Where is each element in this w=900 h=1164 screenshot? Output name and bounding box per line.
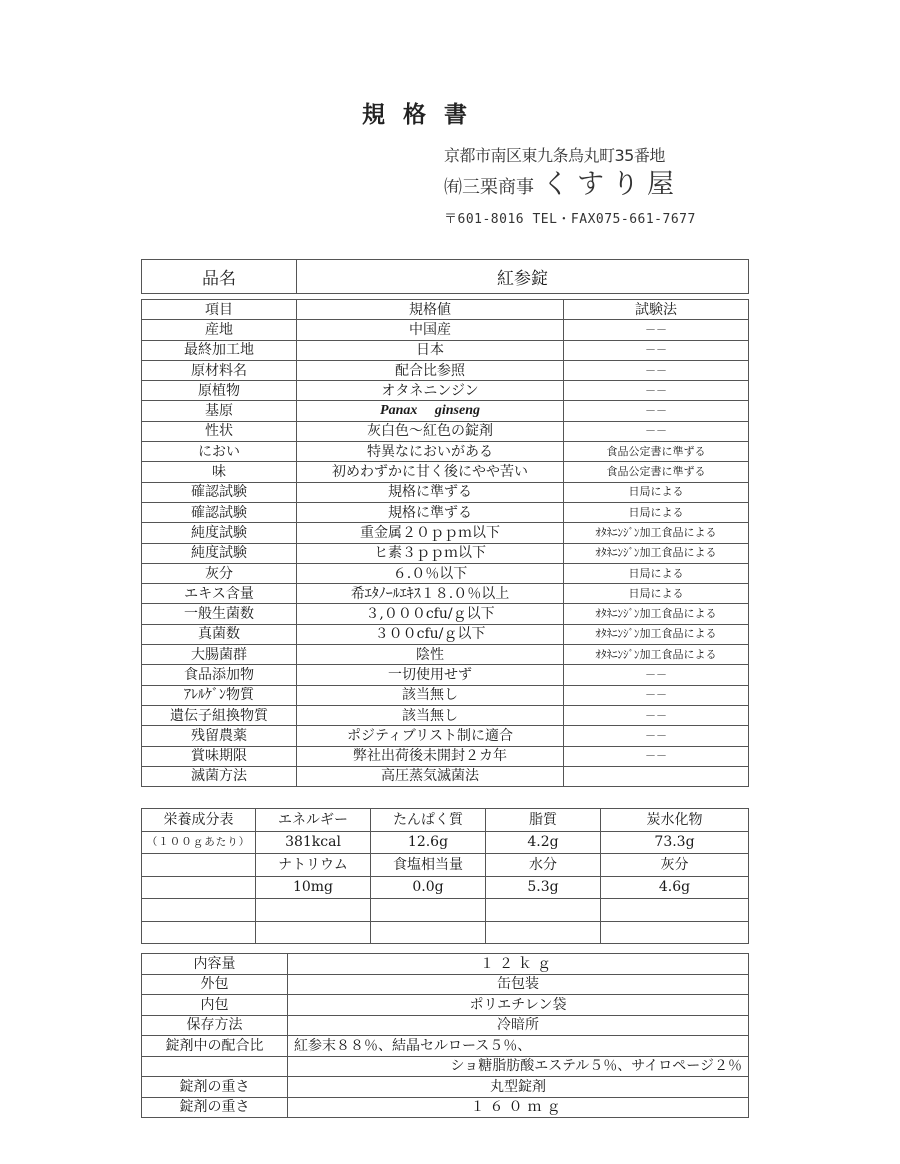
spec-item: 基原 bbox=[142, 401, 297, 421]
product-name-table: 品名 紅参錠 bbox=[141, 259, 749, 294]
spec-item: 確認試験 bbox=[142, 502, 297, 522]
spec-method: 日局による bbox=[564, 502, 749, 522]
spec-method: ｵﾀﾈﾆﾝｼﾞﾝ加工食品による bbox=[564, 523, 749, 543]
spec-item: 最終加工地 bbox=[142, 340, 297, 360]
product-name-row: 品名 紅参錠 bbox=[142, 260, 749, 294]
composition-line-1: 紅参末８８％、結晶セルロース５％、 bbox=[288, 1036, 749, 1057]
table-row: 保存方法冷暗所 bbox=[142, 1015, 749, 1036]
table-row: 大腸菌群陰性ｵﾀﾈﾆﾝｼﾞﾝ加工食品による bbox=[142, 645, 749, 665]
table-row: 性状灰白色～紅色の錠剤－－ bbox=[142, 421, 749, 441]
empty-cell bbox=[142, 921, 256, 944]
spec-value: 一切使用せず bbox=[297, 665, 564, 685]
spec-item: 確認試験 bbox=[142, 482, 297, 502]
product-label: 品名 bbox=[142, 260, 297, 294]
nutrition-value: 5.3g bbox=[486, 876, 601, 899]
empty-cell bbox=[486, 921, 601, 944]
spec-item: 真菌数 bbox=[142, 624, 297, 644]
spec-item: 原材料名 bbox=[142, 360, 297, 380]
pack-label: 錠剤の重さ bbox=[142, 1077, 288, 1098]
table-row: 産地中国産－－ bbox=[142, 320, 749, 340]
nutrition-value: 10mg bbox=[256, 876, 371, 899]
spec-value: Panax ginseng bbox=[297, 401, 564, 421]
table-row: エキス含量希ｴﾀﾉｰﾙｴｷｽ１８.０％以上日局による bbox=[142, 584, 749, 604]
composition-row: 錠剤中の配合比紅参末８８％、結晶セルロース５％、 bbox=[142, 1036, 749, 1057]
table-row: 食品添加物一切使用せず－－ bbox=[142, 665, 749, 685]
spec-item: エキス含量 bbox=[142, 584, 297, 604]
spec-value: 希ｴﾀﾉｰﾙｴｷｽ１８.０％以上 bbox=[297, 584, 564, 604]
spec-method: 日局による bbox=[564, 584, 749, 604]
spec-item: 大腸菌群 bbox=[142, 645, 297, 665]
table-row: 賞味期限弊社出荷後未開封２カ年－－ bbox=[142, 746, 749, 766]
spec-method: －－ bbox=[564, 340, 749, 360]
spec-value: オタネニンジン bbox=[297, 381, 564, 401]
spec-header-value: 規格値 bbox=[297, 300, 564, 320]
spec-method: ｵﾀﾈﾆﾝｼﾞﾝ加工食品による bbox=[564, 645, 749, 665]
company-brand: くすり屋 bbox=[542, 169, 682, 200]
nutrition-value-row-1: （１００ｇあたり） 381kcal 12.6g 4.2g 73.3g bbox=[142, 831, 749, 854]
spec-item: 性状 bbox=[142, 421, 297, 441]
table-row: 確認試験規格に準ずる日局による bbox=[142, 482, 749, 502]
product-value: 紅参錠 bbox=[297, 260, 749, 294]
spec-value: 初めわずかに甘く後にやや苦い bbox=[297, 462, 564, 482]
pack-value: １２ｋｇ bbox=[288, 954, 749, 975]
spec-value: ６.０％以下 bbox=[297, 563, 564, 583]
pack-value: 缶包装 bbox=[288, 974, 749, 995]
spec-method: －－ bbox=[564, 685, 749, 705]
spec-value: ３,０００cfu/ｇ以下 bbox=[297, 604, 564, 624]
table-row: 原植物オタネニンジン－－ bbox=[142, 381, 749, 401]
spec-value: 規格に準ずる bbox=[297, 482, 564, 502]
spec-item: 原植物 bbox=[142, 381, 297, 401]
composition-label: 錠剤中の配合比 bbox=[142, 1036, 288, 1057]
table-row: 外包缶包装 bbox=[142, 974, 749, 995]
pack-label: 内容量 bbox=[142, 954, 288, 975]
spec-item: 一般生菌数 bbox=[142, 604, 297, 624]
nutrition-value: 4.6g bbox=[601, 876, 749, 899]
spec-item: 滅菌方法 bbox=[142, 766, 297, 786]
nutrition-header: 脂質 bbox=[486, 809, 601, 832]
empty-cell bbox=[142, 1056, 288, 1077]
spec-method: 食品公定書に準ずる bbox=[564, 462, 749, 482]
spec-value: 灰白色～紅色の錠剤 bbox=[297, 421, 564, 441]
spec-value: 特異なにおいがある bbox=[297, 442, 564, 462]
nutrition-empty-row bbox=[142, 899, 749, 922]
spec-method: ｵﾀﾈﾆﾝｼﾞﾝ加工食品による bbox=[564, 543, 749, 563]
spec-header-row: 項目 規格値 試験法 bbox=[142, 300, 749, 320]
table-row: 純度試験ヒ素３ｐｐｍ以下ｵﾀﾈﾆﾝｼﾞﾝ加工食品による bbox=[142, 543, 749, 563]
pack-value: 冷暗所 bbox=[288, 1015, 749, 1036]
table-row: 基原Panax ginseng－－ bbox=[142, 401, 749, 421]
nutrition-value: 73.3g bbox=[601, 831, 749, 854]
table-row: 一般生菌数３,０００cfu/ｇ以下ｵﾀﾈﾆﾝｼﾞﾝ加工食品による bbox=[142, 604, 749, 624]
table-row: 確認試験規格に準ずる日局による bbox=[142, 502, 749, 522]
nutrition-value: 381kcal bbox=[256, 831, 371, 854]
empty-cell bbox=[371, 921, 486, 944]
spec-method: －－ bbox=[564, 421, 749, 441]
spec-item: 遺伝子組換物質 bbox=[142, 705, 297, 725]
nutrition-label: 栄養成分表 bbox=[142, 809, 256, 832]
table-row: 原材料名配合比参照－－ bbox=[142, 360, 749, 380]
nutrition-value: 0.0g bbox=[371, 876, 486, 899]
table-row: 残留農薬ポジティブリスト制に適合－－ bbox=[142, 726, 749, 746]
nutrition-basis: （１００ｇあたり） bbox=[142, 831, 256, 854]
table-row: におい特異なにおいがある食品公定書に準ずる bbox=[142, 442, 749, 462]
document-title: 規格書 bbox=[362, 96, 485, 129]
spec-item: 賞味期限 bbox=[142, 746, 297, 766]
spec-value: 該当無し bbox=[297, 685, 564, 705]
spec-method: ｵﾀﾈﾆﾝｼﾞﾝ加工食品による bbox=[564, 624, 749, 644]
empty-cell bbox=[601, 899, 749, 922]
spec-item: におい bbox=[142, 442, 297, 462]
empty-cell bbox=[142, 854, 256, 877]
spec-method: －－ bbox=[564, 746, 749, 766]
pack-value: ポリエチレン袋 bbox=[288, 995, 749, 1016]
spec-table: 項目 規格値 試験法 産地中国産－－ 最終加工地日本－－ 原材料名配合比参照－－… bbox=[141, 299, 749, 787]
nutrition-empty-row bbox=[142, 921, 749, 944]
spec-value: ヒ素３ｐｐｍ以下 bbox=[297, 543, 564, 563]
table-row: 錠剤の重さ１６０ｍｇ bbox=[142, 1097, 749, 1118]
nutrition-header: ナトリウム bbox=[256, 854, 371, 877]
spec-method: －－ bbox=[564, 381, 749, 401]
empty-cell bbox=[486, 899, 601, 922]
spec-method: 日局による bbox=[564, 482, 749, 502]
table-row: 灰分６.０％以下日局による bbox=[142, 563, 749, 583]
table-row: 純度試験重金属２０ｐｐｍ以下ｵﾀﾈﾆﾝｼﾞﾝ加工食品による bbox=[142, 523, 749, 543]
spec-value: 配合比参照 bbox=[297, 360, 564, 380]
spec-method bbox=[564, 766, 749, 786]
spec-item: 産地 bbox=[142, 320, 297, 340]
spec-method: －－ bbox=[564, 665, 749, 685]
pack-value: １６０ｍｇ bbox=[288, 1097, 749, 1118]
nutrition-header: たんぱく質 bbox=[371, 809, 486, 832]
pack-label: 外包 bbox=[142, 974, 288, 995]
table-row: 最終加工地日本－－ bbox=[142, 340, 749, 360]
nutrition-header: エネルギー bbox=[256, 809, 371, 832]
packaging-table: 内容量１２ｋｇ 外包缶包装 内包ポリエチレン袋 保存方法冷暗所 錠剤中の配合比紅… bbox=[141, 953, 749, 1118]
empty-cell bbox=[601, 921, 749, 944]
spec-item: ｱﾚﾙｹﾞﾝ物質 bbox=[142, 685, 297, 705]
nutrition-header-row-2: ナトリウム 食塩相当量 水分 灰分 bbox=[142, 854, 749, 877]
nutrition-header: 灰分 bbox=[601, 854, 749, 877]
nutrition-header: 水分 bbox=[486, 854, 601, 877]
spec-method: －－ bbox=[564, 401, 749, 421]
spec-method: 日局による bbox=[564, 563, 749, 583]
company-address: 京都市南区東九条烏丸町35番地 bbox=[444, 144, 744, 168]
spec-method: 食品公定書に準ずる bbox=[564, 442, 749, 462]
spec-method: －－ bbox=[564, 320, 749, 340]
empty-cell bbox=[256, 899, 371, 922]
spec-value: ３００cfu/ｇ以下 bbox=[297, 624, 564, 644]
spec-item: 純度試験 bbox=[142, 543, 297, 563]
spec-value: 弊社出荷後未開封２カ年 bbox=[297, 746, 564, 766]
spec-value: 高圧蒸気滅菌法 bbox=[297, 766, 564, 786]
spec-value: 規格に準ずる bbox=[297, 502, 564, 522]
composition-row: ショ糖脂肪酸エステル５％、サイロページ２％ bbox=[142, 1056, 749, 1077]
spec-value: 日本 bbox=[297, 340, 564, 360]
spec-item: 味 bbox=[142, 462, 297, 482]
spec-value: 陰性 bbox=[297, 645, 564, 665]
nutrition-header-row-1: 栄養成分表 エネルギー たんぱく質 脂質 炭水化物 bbox=[142, 809, 749, 832]
composition-line-2: ショ糖脂肪酸エステル５％、サイロページ２％ bbox=[288, 1056, 749, 1077]
spec-item: 食品添加物 bbox=[142, 665, 297, 685]
nutrition-value-row-2: 10mg 0.0g 5.3g 4.6g bbox=[142, 876, 749, 899]
company-name: ㈲三栗商事くすり屋 bbox=[444, 168, 744, 202]
spec-item: 残留農薬 bbox=[142, 726, 297, 746]
empty-cell bbox=[142, 876, 256, 899]
spec-value: ポジティブリスト制に適合 bbox=[297, 726, 564, 746]
company-contact: 〒601-8016 TEL・FAX075-661-7677 bbox=[444, 208, 744, 227]
empty-cell bbox=[371, 899, 486, 922]
table-row: 真菌数３００cfu/ｇ以下ｵﾀﾈﾆﾝｼﾞﾝ加工食品による bbox=[142, 624, 749, 644]
pack-label: 錠剤の重さ bbox=[142, 1097, 288, 1118]
spec-value: 中国産 bbox=[297, 320, 564, 340]
table-row: 滅菌方法高圧蒸気滅菌法 bbox=[142, 766, 749, 786]
spec-method: －－ bbox=[564, 360, 749, 380]
spec-value: 該当無し bbox=[297, 705, 564, 725]
pack-label: 保存方法 bbox=[142, 1015, 288, 1036]
company-name-prefix: ㈲三栗商事 bbox=[444, 177, 534, 198]
spec-item: 純度試験 bbox=[142, 523, 297, 543]
nutrition-value: 12.6g bbox=[371, 831, 486, 854]
pack-label: 内包 bbox=[142, 995, 288, 1016]
table-row: 内包ポリエチレン袋 bbox=[142, 995, 749, 1016]
spec-method: －－ bbox=[564, 705, 749, 725]
nutrition-value: 4.2g bbox=[486, 831, 601, 854]
table-row: ｱﾚﾙｹﾞﾝ物質該当無し－－ bbox=[142, 685, 749, 705]
company-block: 京都市南区東九条烏丸町35番地 ㈲三栗商事くすり屋 〒601-8016 TEL・… bbox=[444, 144, 744, 227]
spec-method: ｵﾀﾈﾆﾝｼﾞﾝ加工食品による bbox=[564, 604, 749, 624]
nutrition-header: 食塩相当量 bbox=[371, 854, 486, 877]
table-row: 味初めわずかに甘く後にやや苦い食品公定書に準ずる bbox=[142, 462, 749, 482]
table-row: 内容量１２ｋｇ bbox=[142, 954, 749, 975]
spec-method: －－ bbox=[564, 726, 749, 746]
pack-value: 丸型錠剤 bbox=[288, 1077, 749, 1098]
spec-header-item: 項目 bbox=[142, 300, 297, 320]
spec-header-method: 試験法 bbox=[564, 300, 749, 320]
nutrition-header: 炭水化物 bbox=[601, 809, 749, 832]
table-row: 錠剤の重さ丸型錠剤 bbox=[142, 1077, 749, 1098]
table-row: 遺伝子組換物質該当無し－－ bbox=[142, 705, 749, 725]
nutrition-table: 栄養成分表 エネルギー たんぱく質 脂質 炭水化物 （１００ｇあたり） 381k… bbox=[141, 808, 749, 944]
empty-cell bbox=[256, 921, 371, 944]
spec-value: 重金属２０ｐｐｍ以下 bbox=[297, 523, 564, 543]
empty-cell bbox=[142, 899, 256, 922]
spec-item: 灰分 bbox=[142, 563, 297, 583]
